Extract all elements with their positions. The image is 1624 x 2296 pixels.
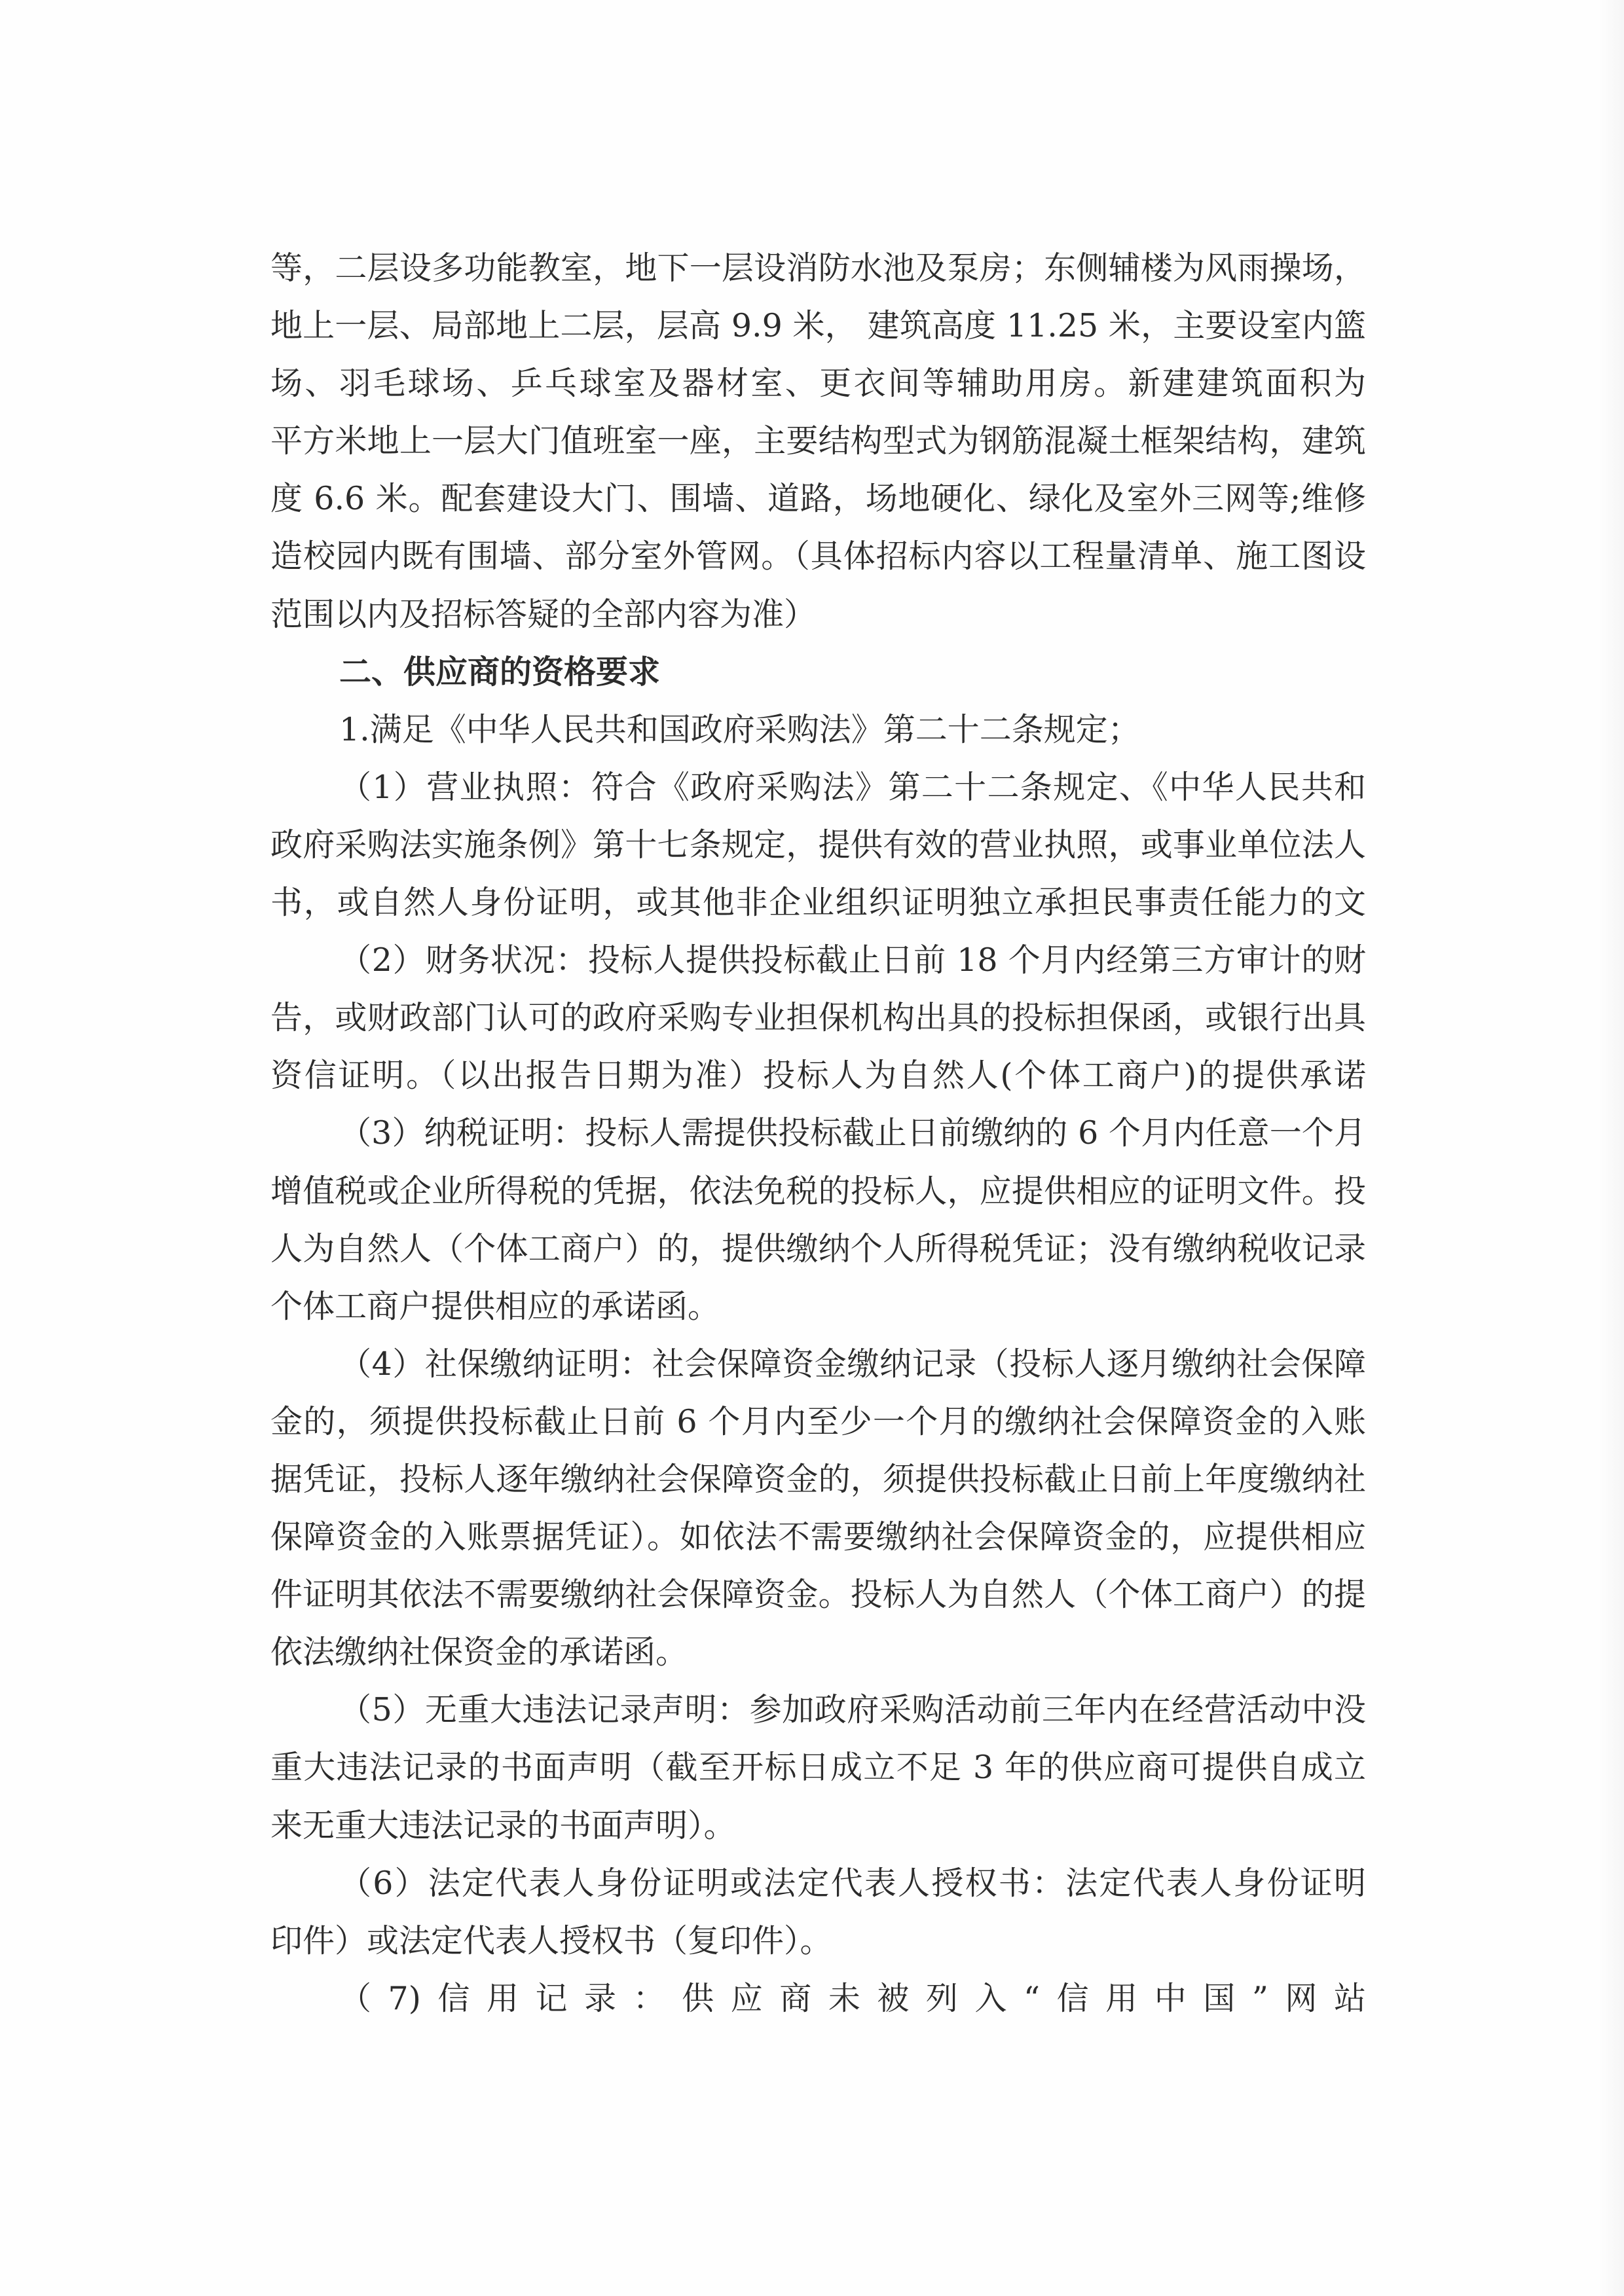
scan-edge-shadow	[1598, 0, 1624, 2296]
text-line: 保障资金的入账票据凭证）。如依法不需要缴纳社会保障资金的，应提供相应文	[270, 1508, 1366, 1566]
text-line: 书，或自然人身份证明，或其他非企业组织证明独立承担民事责任能力的文件。	[270, 874, 1366, 932]
text-line: 来无重大违法记录的书面声明）。	[270, 1797, 1366, 1855]
paragraph-legal-representative: （6）法定代表人身份证明或法定代表人授权书：法定代表人身份证明（复 印件）或法定…	[270, 1855, 1366, 1970]
text-line: （1）营业执照：符合《政府采购法》第二十二条规定、《中华人民共和国	[270, 759, 1366, 816]
text-line: 场、羽毛球场、乒乓球室及器材室、更衣间等辅助用房。新建建筑面积为 96.92	[270, 355, 1366, 412]
text-line: 平方米地上一层大门值班室一座，主要结构型式为钢筋混凝土框架结构，建筑高	[270, 412, 1366, 470]
text-line: 个体工商户提供相应的承诺函。	[270, 1278, 1366, 1336]
text-line: 告，或财政部门认可的政府采购专业担保机构出具的投标担保函，或银行出具的	[270, 989, 1366, 1047]
text-line: 等，二层设多功能教室，地下一层设消防水池及泵房；东侧辅楼为风雨操场，含	[270, 240, 1366, 297]
text-line: 据凭证，投标人逐年缴纳社会保障资金的，须提供投标截止日前上年度缴纳社会	[270, 1451, 1366, 1508]
paragraph-no-violation: （5）无重大违法记录声明：参加政府采购活动前三年内在经营活动中没有 重大违法记录…	[270, 1681, 1366, 1854]
text-line: （6）法定代表人身份证明或法定代表人授权书：法定代表人身份证明（复	[270, 1855, 1366, 1912]
text-line: 度 6.6 米。配套建设大门、围墙、道路，场地硬化、绿化及室外三网等;维修改	[270, 470, 1366, 528]
text-line: 地上一层、局部地上二层，层高 9.9 米， 建筑高度 11.25 米，主要设室内…	[270, 297, 1366, 355]
section-heading-supplier-qualifications: 二、供应商的资格要求	[270, 644, 1366, 701]
text-line: （2）财务状况：投标人提供投标截止日前 18 个月内经第三方审计的财务报	[270, 932, 1366, 989]
text-line: （3）纳税证明：投标人需提供投标截止日前缴纳的 6 个月内任意一个月的	[270, 1104, 1366, 1162]
text-line: 范围以内及招标答疑的全部内容为准）	[270, 586, 1366, 644]
paragraph-credit-record: （7)信用记录：供应商未被列入“信用中国”网站(www.creditchina.…	[270, 1970, 1366, 2028]
document-body: 等，二层设多功能教室，地下一层设消防水池及泵房；东侧辅楼为风雨操场，含 地上一层…	[270, 240, 1366, 2028]
text-line: 重大违法记录的书面声明（截至开标日成立不足 3 年的供应商可提供自成立以	[270, 1739, 1366, 1796]
text-line: 人为自然人（个体工商户）的，提供缴纳个人所得税凭证；没有缴纳税收记录的	[270, 1220, 1366, 1278]
text-line: 依法缴纳社保资金的承诺函。	[270, 1624, 1366, 1681]
text-line: 资信证明。（以出报告日期为准）投标人为自然人(个体工商户)的提供承诺函。	[270, 1047, 1366, 1104]
text-line: 印件）或法定代表人授权书（复印件）。	[270, 1912, 1366, 1970]
paragraph-business-license: （1）营业执照：符合《政府采购法》第二十二条规定、《中华人民共和国 政府采购法实…	[270, 759, 1366, 932]
paragraph-project-scope: 等，二层设多功能教室，地下一层设消防水池及泵房；东侧辅楼为风雨操场，含 地上一层…	[270, 240, 1366, 644]
text-line: （7)信用记录：供应商未被列入“信用中国”网站(www.creditchina.…	[270, 1970, 1366, 2028]
text-line: 金的，须提供投标截止日前 6 个月内至少一个月的缴纳社会保障资金的入账票	[270, 1393, 1366, 1451]
requirement-1: 1.满足《中华人民共和国政府采购法》第二十二条规定；	[270, 701, 1366, 759]
paragraph-social-security: （4）社保缴纳证明：社会保障资金缴纳记录（投标人逐月缴纳社会保障资 金的，须提供…	[270, 1336, 1366, 1682]
text-line: 政府采购法实施条例》第十七条规定，提供有效的营业执照，或事业单位法人证	[270, 816, 1366, 874]
text-line: 增值税或企业所得税的凭据，依法免税的投标人，应提供相应的证明文件。投标	[270, 1163, 1366, 1220]
text-line: （4）社保缴纳证明：社会保障资金缴纳记录（投标人逐月缴纳社会保障资	[270, 1336, 1366, 1393]
document-page: 等，二层设多功能教室，地下一层设消防水池及泵房；东侧辅楼为风雨操场，含 地上一层…	[0, 0, 1624, 2296]
text-line: （5）无重大违法记录声明：参加政府采购活动前三年内在经营活动中没有	[270, 1681, 1366, 1739]
paragraph-tax-certificate: （3）纳税证明：投标人需提供投标截止日前缴纳的 6 个月内任意一个月的 增值税或…	[270, 1104, 1366, 1335]
text-line: 件证明其依法不需要缴纳社会保障资金。投标人为自然人（个体工商户）的提供	[270, 1566, 1366, 1624]
paragraph-financial-status: （2）财务状况：投标人提供投标截止日前 18 个月内经第三方审计的财务报 告，或…	[270, 932, 1366, 1104]
text-line: 造校园内既有围墙、部分室外管网。（具体招标内容以工程量清单、施工图设计	[270, 528, 1366, 585]
